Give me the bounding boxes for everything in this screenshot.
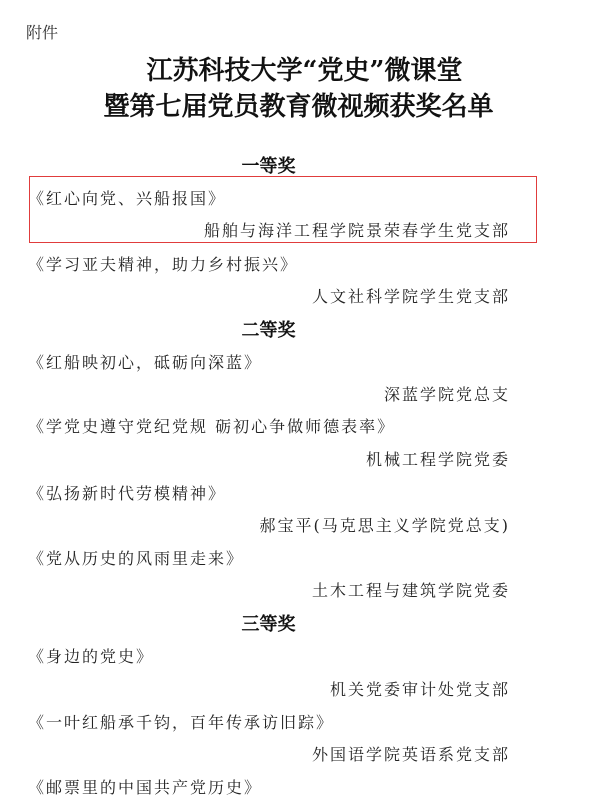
work-unit: 机关党委审计处党支部 (330, 677, 510, 700)
attachment-label: 附件 (26, 20, 58, 43)
work-unit: 外国语学院英语系党支部 (312, 742, 510, 765)
work-unit: 土木工程与建筑学院党委 (312, 578, 510, 601)
section-heading-first-prize: 一等奖 (0, 152, 537, 178)
work-unit: 郝宝平(马克思主义学院党总支) (260, 513, 511, 536)
work-unit: 人文社科学院学生党支部 (312, 284, 510, 307)
work-title: 《弘扬新时代劳模精神》 (28, 481, 226, 504)
section-heading-second-prize: 二等奖 (0, 316, 537, 342)
work-title: 《红船映初心，砥砺向深蓝》 (28, 350, 262, 373)
work-unit: 机械工程学院党委 (366, 447, 510, 470)
document-title-line2: 暨第七届党员教育微视频获奖名单 (0, 86, 597, 123)
work-title: 《邮票里的中国共产党历史》 (28, 775, 262, 798)
work-unit: 深蓝学院党总支 (384, 382, 510, 405)
section-heading-third-prize: 三等奖 (0, 610, 537, 636)
work-title: 《学习亚夫精神，助力乡村振兴》 (28, 252, 298, 275)
work-title: 《红心向党、兴船报国》 (28, 186, 226, 209)
work-title: 《党从历史的风雨里走来》 (28, 546, 244, 569)
work-title: 《身边的党史》 (28, 644, 154, 667)
work-title: 《学党史遵守党纪党规 砺初心争做师德表率》 (28, 414, 395, 437)
work-title: 《一叶红船承千钧，百年传承访旧踪》 (28, 710, 334, 733)
document-title-line1: 江苏科技大学“党史”微课堂 (0, 50, 597, 87)
work-unit: 船舶与海洋工程学院景荣春学生党支部 (204, 218, 510, 241)
